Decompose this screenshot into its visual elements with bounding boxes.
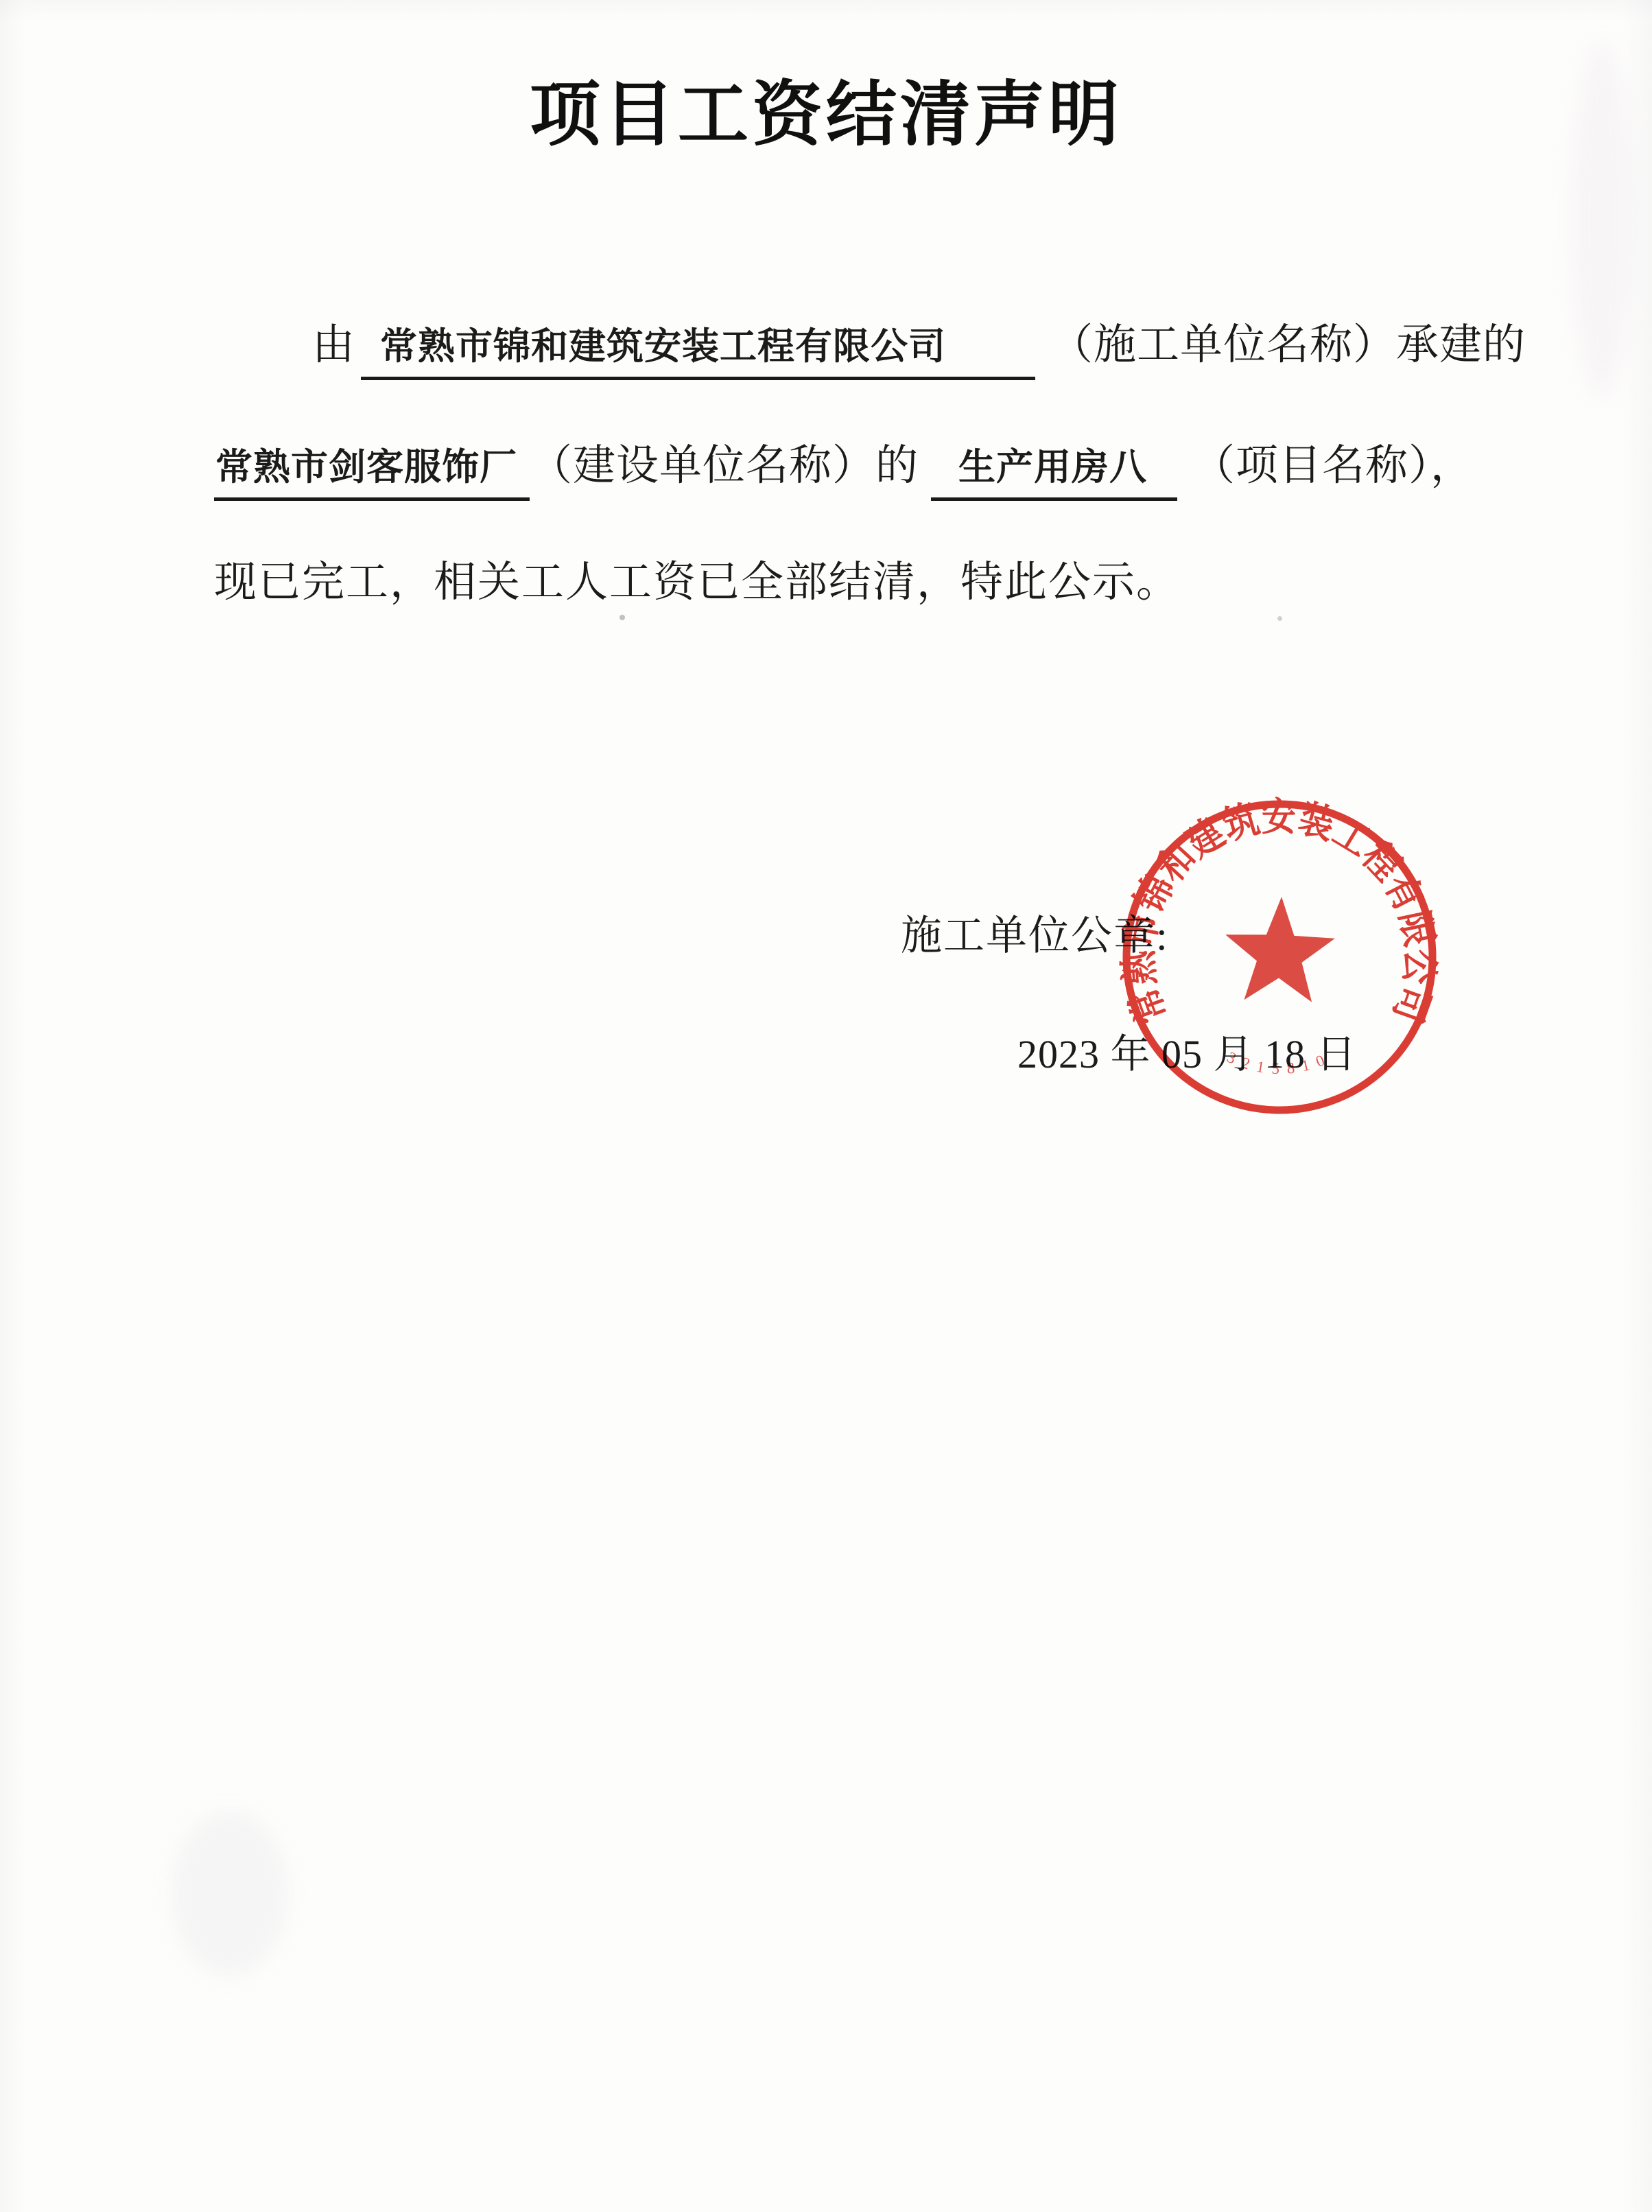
- scan-speck: [1277, 616, 1282, 621]
- scan-smudge: [172, 1811, 288, 1976]
- project-name-blank: 生产用房八: [931, 438, 1177, 501]
- body-line-2: 常熟市剑客服饰厂（建设单位名称）的生产用房八（项目名称），: [214, 431, 1474, 501]
- company-seal-stamp: 常熟市锦和建筑安装工程有限公司 3215810: [1110, 788, 1449, 1127]
- contractor-name-blank: 常熟市锦和建筑安装工程有限公司: [361, 317, 1035, 380]
- line2-suffix: （项目名称），: [1192, 443, 1474, 489]
- body-line-1: 由常熟市锦和建筑安装工程有限公司（施工单位名称）承建的: [312, 310, 1526, 380]
- seal-star-icon: [1223, 895, 1336, 1002]
- line2-mid: （建设单位名称）的: [530, 443, 919, 489]
- line1-prefix: 由: [312, 322, 355, 368]
- document-title: 项目工资结清声明: [0, 58, 1652, 159]
- line1-suffix: （施工单位名称）承建的: [1050, 322, 1526, 368]
- scanned-document-page: 项目工资结清声明 由常熟市锦和建筑安装工程有限公司（施工单位名称）承建的 常熟市…: [0, 0, 1652, 2212]
- seal-serial-holder: 3215810: [1224, 1048, 1327, 1079]
- seal-serial-number: 3215810: [1224, 1048, 1327, 1079]
- scan-speck: [619, 615, 625, 620]
- owner-name-blank: 常熟市剑客服饰厂: [214, 438, 530, 501]
- body-line-3: 现已完工，相关工人工资已全部结清，特此公示。: [214, 548, 1180, 609]
